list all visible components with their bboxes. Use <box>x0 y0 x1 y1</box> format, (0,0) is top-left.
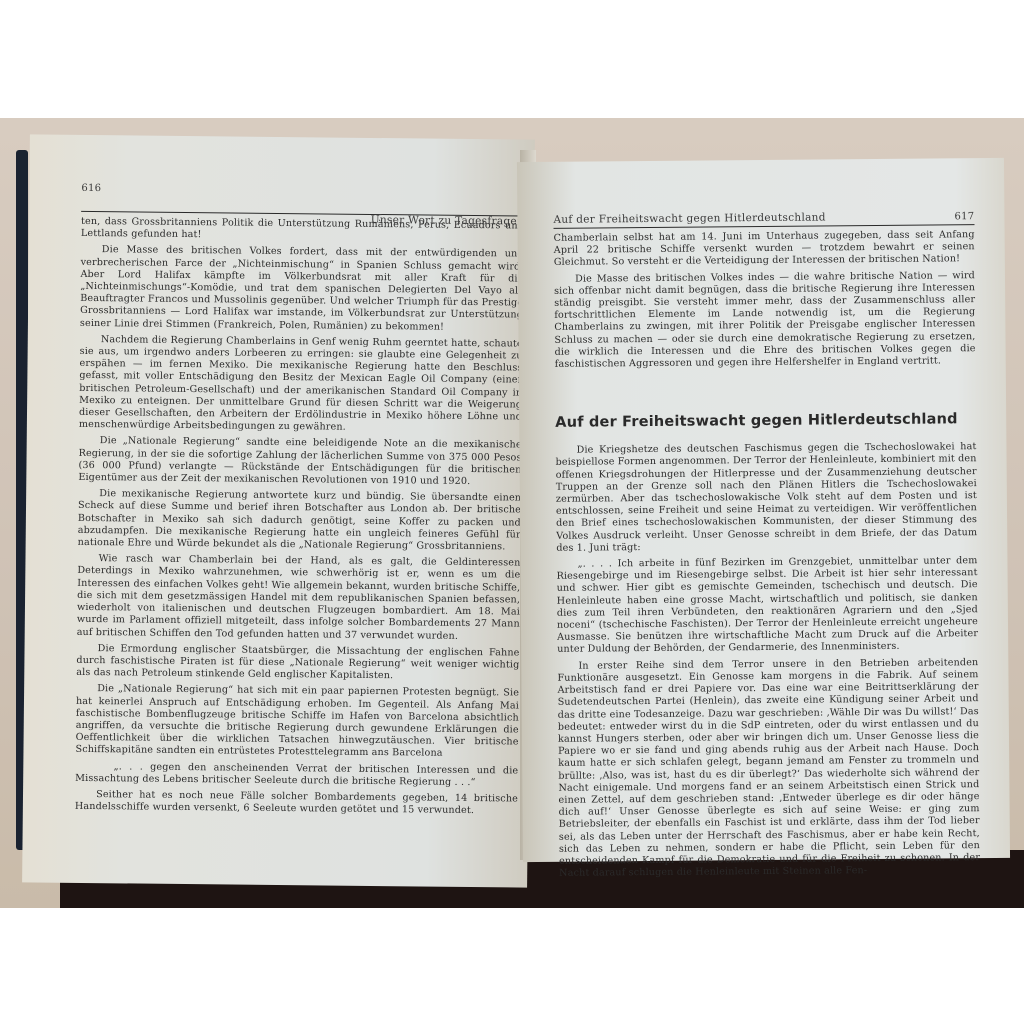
left-page: 616 Unser Wort zu Tagesfragen ten, dass … <box>22 134 535 887</box>
page-number-left: 616 <box>81 183 101 194</box>
right-running-head: Auf der Freiheitswacht gegen Hitlerdeuts… <box>553 210 974 229</box>
right-page-body-bottom: Die Kriegshetze des deutschen Faschismus… <box>555 441 980 880</box>
right-page: Auf der Freiheitswacht gegen Hitlerdeuts… <box>517 158 1010 862</box>
page-number-right: 617 <box>954 211 974 222</box>
left-running-head: 616 Unser Wort zu Tagesfragen <box>81 183 524 217</box>
paragraph: Wie rasch war Chamberlain bei der Hand, … <box>77 553 521 643</box>
running-head-title-right: Auf der Freiheitswacht gegen Hitlerdeuts… <box>553 211 825 225</box>
paragraph: Die „Nationale Regierung“ hat sich mit e… <box>75 683 519 761</box>
left-page-body: ten, dass Grossbritanniens Politik die U… <box>75 216 524 818</box>
paragraph: Seither hat es noch neue Fälle solcher B… <box>75 789 518 818</box>
paragraph: Die „Nationale Regierung“ sandte eine be… <box>78 435 521 488</box>
paragraph: Die Ermordung englischer Staatsbürger, d… <box>76 643 519 684</box>
right-page-body-top: Chamberlain selbst hat am 14. Juni im Un… <box>554 229 976 371</box>
paragraph: Die Kriegshetze des deutschen Faschismus… <box>555 441 977 554</box>
section-heading: Auf der Freiheitswacht gegen Hitlerdeuts… <box>555 411 976 431</box>
paragraph: Chamberlain selbst hat am 14. Juni im Un… <box>554 229 975 269</box>
paragraph: „. . . . Ich arbeite in fünf Bezirken im… <box>556 555 978 656</box>
paragraph: In erster Reihe sind dem Terror unsere i… <box>557 657 980 880</box>
paragraph: Die mexikanische Regierung antwortete ku… <box>78 488 522 554</box>
running-head-title-left: Unser Wort zu Tagesfragen <box>371 214 524 228</box>
paragraph: Nachdem die Regierung Chamberlains in Ge… <box>79 334 523 436</box>
paragraph: Die Masse des britischen Volkes indes — … <box>554 270 976 371</box>
paragraph: „. . . gegen den anscheinenden Verrat de… <box>75 760 518 789</box>
paragraph: Die Masse des britischen Volkes fordert,… <box>80 244 524 334</box>
